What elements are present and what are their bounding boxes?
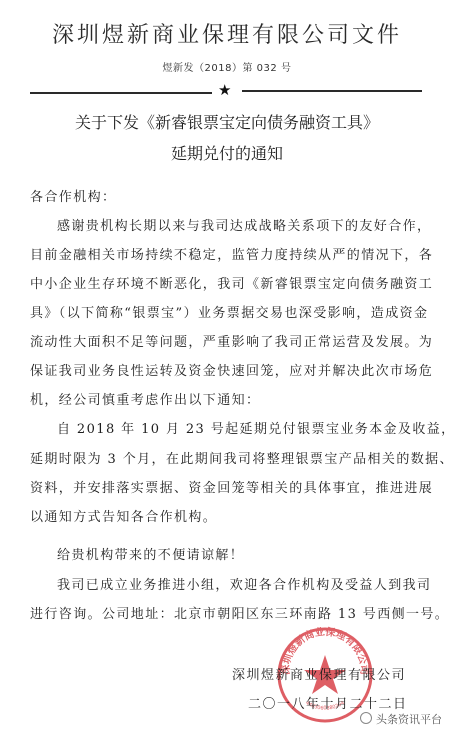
document-number: 煜新发（2018）第 032 号 [0, 59, 454, 74]
body-line: 自 2018 年 10 月 23 号起延期兑付银票宝业务本金及收益， [57, 422, 453, 438]
body-line: 我司已成立业务推进小组，欢迎各合作机构及受益人到我司 [57, 578, 453, 594]
body-line: 目前金融相关市场持续不稳定，监管力度持续从严的情况下，各 [30, 248, 426, 264]
body-line: 流动性大面积不足等问题，严重影响了我司正常运营及发展。为 [30, 335, 426, 351]
platform-logo-icon [360, 712, 372, 724]
signature-date: 二〇一八年十月二十二日 [248, 693, 408, 712]
watermark-text: 头条资讯平台 [376, 713, 442, 726]
notice-subject-line-1: 关于下发《新睿银票宝定向债务融资工具》 [0, 110, 454, 133]
star-icon: ★ [218, 83, 231, 98]
header-divider-right [242, 90, 422, 92]
body-line: 资料，并安排落实票据、资金回笼等相关的具体事宜，推进进展 [30, 481, 426, 497]
body-line: 延期时限为 3 个月，在此期间我司将整理银票宝产品相关的数据、 [30, 452, 426, 468]
body-line: 具》（以下简称“银票宝”）业务票据交易也深受影响，造成资金 [30, 306, 426, 322]
body-line: 进行咨询。公司地址：北京市朝阳区东三环南路 13 号西侧一号。 [30, 607, 426, 623]
body-line: 中小企业生存环境不断恶化，我司《新睿银票宝定向债务融资工 [30, 277, 426, 293]
document-header-title: 深圳煜新商业保理有限公司文件 [0, 18, 454, 49]
signature-company: 深圳煜新商业保理有限公司 [232, 664, 406, 683]
body-line: 给贵机构带来的不便请谅解！ [57, 548, 453, 564]
body-line: 感谢贵机构长期以来与我司达成战略关系项下的友好合作， [57, 219, 453, 235]
body-line: 保证我司业务良性运转及资金快速回笼，应对并解决此次市场危 [30, 364, 426, 380]
notice-subject-line-2: 延期兑付的通知 [0, 141, 454, 164]
body-line: 机，经公司慎重考虑作出以下通知： [30, 393, 426, 409]
header-divider-left [30, 92, 212, 94]
body-line: 以通知方式告知各合作机构。 [30, 510, 426, 526]
source-watermark: 头条资讯平台 [360, 711, 442, 727]
salutation: 各合作机构： [30, 190, 426, 206]
